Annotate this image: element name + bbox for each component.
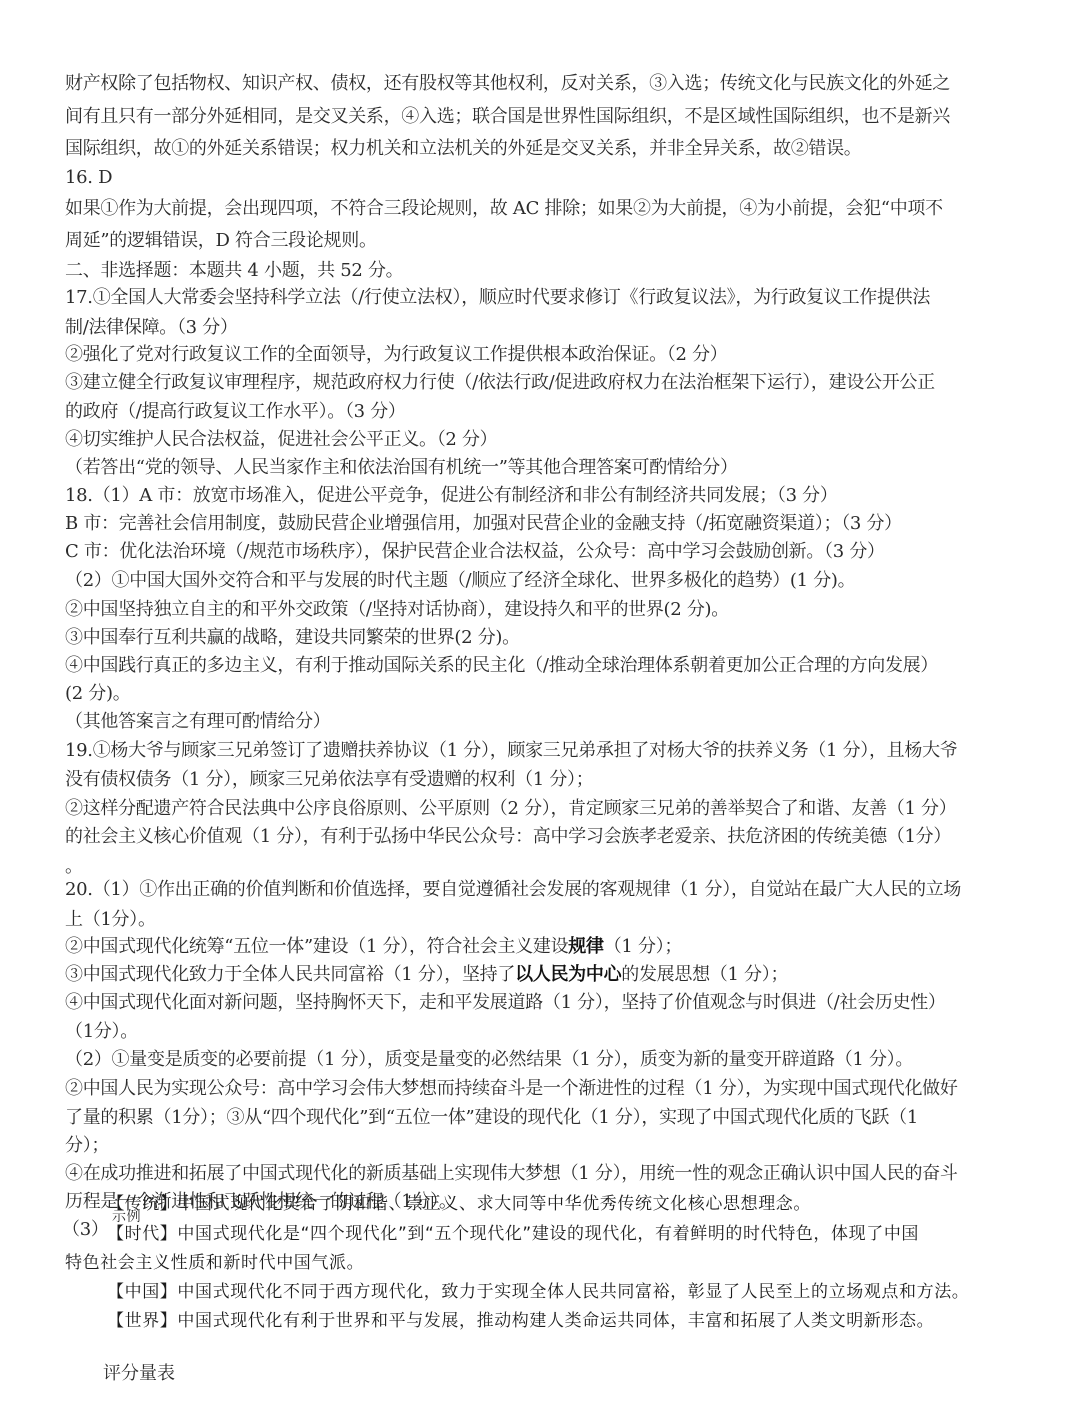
example-paragraph: 【中国】中国式现代化不同于西方现代化，致力于实现全体人民共同富裕，彰显了人民至上… [107,1280,969,1304]
text-line: ④切实维护人民合法权益，促进社会公平正义。（2 分） [65,428,497,452]
example-paragraph: 特色社会主义性质和新时代中国气派。 [65,1251,364,1275]
text-line: （若答出“党的领导、人民当家作主和依法治国有机统一”等其他合理答案可酌情给分） [65,456,738,480]
answer-key-page: 财产权除了包括物权、知识产权、债权，还有股权等其他权利，反对关系，③入选；传统文… [0,0,1080,1420]
text-line: B 市：完善社会信用制度，鼓励民营企业增强信用，加强对民营企业的金融支持（/拓宽… [65,512,902,536]
text-line: （2）①量变是质变的必要前提（1 分），质变是量变的必然结果（1 分），质变为新… [65,1048,913,1072]
text-line: （其他答案言之有理可酌情给分） [65,710,331,734]
example-paragraph: 【传统】中国式现代化契合了阴和谐、崇正义、求大同等中华优秀传统文化核心思想理念。 [107,1192,811,1216]
text-line: ④中国式现代化面对新问题，坚持胸怀天下，走和平发展道路（1 分），坚持了价值观念… [65,991,946,1015]
text-segment: ②中国式现代化统筹“五位一体”建设（1 分），符合社会主义建设 [65,936,568,957]
text-segment: ③中国式现代化致力于全体人民共同富裕（1 分），坚持了 [65,964,515,985]
text-line: 没有债权债务（1 分），顾家三兄弟依法享有受遗赠的权利（1 分）； [65,768,593,792]
text-line: ④在成功推进和拓展了中国式现代化的新质基础上实现伟大梦想（1 分），用统一性的观… [65,1162,958,1186]
text-line: 分）； [65,1134,109,1158]
text-line: 17.①全国人大常委会坚持科学立法（/行使立法权），顺应时代要求修订《行政复议法… [65,286,930,310]
example-paragraph: 【世界】中国式现代化有利于世界和平与发展，推动构建人类命运共同体，丰富和拓展了人… [107,1309,934,1333]
text-line: 的社会主义核心价值观（1 分），有利于弘扬中华民公众号：高中学习会族孝老爱亲、扶… [65,825,951,849]
text-line: 16. D [65,166,112,190]
text-line: 如果①作为大前提，会出现四项，不符合三段论规则，故 AC 排除；如果②为大前提，… [65,197,943,221]
text-segment: 的发展思想（1 分）； [621,964,788,985]
text-line: （2）①中国大国外交符合和平与发展的时代主题（/顺应了经济全球化、世界多极化的趋… [65,569,855,593]
text-line: ②中国人民为实现公众号：高中学习会伟大梦想而持续奋斗是一个渐进性的过程（1 分）… [65,1077,958,1101]
text-line: ③中国奉行互利共赢的战略，建设共同繁荣的世界(2 分)。 [65,626,520,650]
part-label: （3） [62,1218,109,1242]
emphasized-text: 以人民为中心 [515,964,621,985]
text-line: 上（1分）。 [65,908,156,932]
text-line: 。 [65,855,83,879]
text-line: 二、非选择题：本题共 4 小题，共 52 分。 [65,259,403,283]
text-line: 周延”的逻辑错误，D 符合三段论规则。 [65,229,377,253]
text-line: ②这样分配遗产符合民法典中公序良俗原则、公平原则（2 分），肯定顾家三兄弟的善举… [65,797,956,821]
text-segment: （1 分）； [604,936,682,957]
text-line: ②强化了党对行政复议工作的全面领导，为行政复议工作提供根本政治保证。（2 分） [65,343,727,367]
text-line: 的政府（/提高行政复议工作水平）。（3 分） [65,400,406,424]
rubric-title: 评分量表 [103,1362,175,1386]
text-line: 间有且只有一部分外延相同，是交叉关系，④入选；联合国是世界性国际组织，不是区域性… [65,105,950,129]
text-line: （1分）。 [65,1020,138,1044]
text-line: ②中国坚持独立自主的和平外交政策（/坚持对话协商），建设持久和平的世界(2 分)… [65,598,729,622]
text-line: (2 分)。 [65,682,130,706]
emphasized-text: 规律 [568,936,603,957]
text-line: ④中国践行真正的多边主义，有利于推动国际关系的民主化（/推动全球治理体系朝着更加… [65,654,938,678]
text-line: ②中国式现代化统筹“五位一体”建设（1 分），符合社会主义建设规律（1 分）； [65,935,682,959]
text-line: ③建立健全行政复议审理程序，规范政府权力行使（/依法行政/促进政府权力在法治框架… [65,371,935,395]
text-line: 制/法律保障。（3 分） [65,316,238,340]
text-line: 财产权除了包括物权、知识产权、债权，还有股权等其他权利，反对关系，③入选；传统文… [65,72,950,96]
text-line: 18.（1）A 市：放宽市场准入，促进公平竞争，促进公有制经济和非公有制经济共同… [65,484,838,508]
text-line: ③中国式现代化致力于全体人民共同富裕（1 分），坚持了以人民为中心的发展思想（1… [65,963,788,987]
text-line: 20.（1）①作出正确的价值判断和价值选择，要自觉遵循社会发展的客观规律（1 分… [65,878,961,902]
text-line: 国际组织，故①的外延关系错误；权力机关和立法机关的外延是交叉关系，并非全异关系，… [65,137,862,161]
text-line: 19.①杨大爷与顾家三兄弟签订了遗赠扶养协议（1 分），顾家三兄弟承担了对杨大爷… [65,739,957,763]
text-line: C 市：优化法治环境（/规范市场秩序），保护民营企业合法权益，公众号：高中学习会… [65,540,885,564]
example-paragraph: 【时代】中国式现代化是“四个现代化”到“五个现代化”建设的现代化，有着鲜明的时代… [107,1222,919,1246]
text-line: 了量的积累（1分）；③从“四个现代化”到“五位一体”建设的现代化（1 分），实现… [65,1106,918,1130]
